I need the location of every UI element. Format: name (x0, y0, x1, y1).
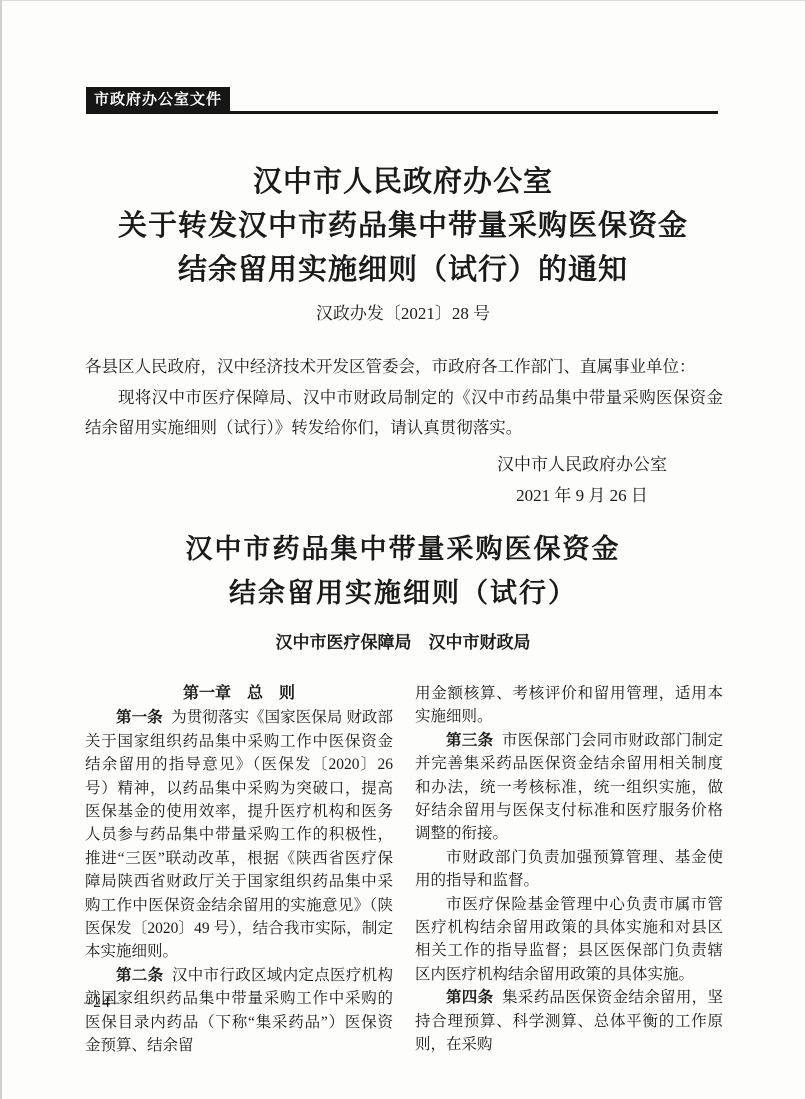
notice-body: 各县区人民政府，汉中经济技术开发区管委会，市政府各工作部门、直属事业单位： 现将… (85, 352, 723, 444)
signature-org: 汉中市人民政府办公室 (444, 449, 720, 480)
article-paragraph: 第三条市医保部门会同市财政部门制定并完善集采药品医保资金结余留用相关制度和办法，… (415, 729, 723, 846)
article-paragraph: 第二条汉中市行政区域内定点医疗机构就国家组织药品集中带量采购工作中采购的医保目录… (85, 964, 393, 1058)
document-page: 市政府办公室文件 汉中市人民政府办公室 关于转发汉中市药品集中带量采购医保资金 … (0, 0, 805, 1099)
body-paragraph: 市医疗保险基金管理中心负责市属市管医疗机构结余留用政策的具体实施和对县区相关工作… (415, 893, 723, 987)
header-tab-label: 市政府办公室文件 (86, 87, 230, 111)
article-paragraph: 第一条为贯彻落实《国家医保局 财政部关于国家组织药品集中采购工作中医保资金结余留… (85, 706, 393, 963)
regulation-column-left: 第一章 总 则第一条为贯彻落实《国家医保局 财政部关于国家组织药品集中采购工作中… (85, 682, 393, 1058)
regulation-column-right: 用金额核算、考核评价和留用管理，适用本实施细则。第三条市医保部门会同市财政部门制… (415, 682, 723, 1058)
notice-salutation: 各县区人民政府，汉中经济技术开发区管委会，市政府各工作部门、直属事业单位： (85, 352, 723, 383)
article-number: 第四条 (446, 989, 493, 1006)
chapter-heading: 第一章 总 则 (85, 682, 393, 705)
article-number: 第二条 (116, 967, 163, 984)
document-header-rule: 市政府办公室文件 (86, 84, 718, 114)
regulation-body: 第一章 总 则第一条为贯彻落实《国家医保局 财政部关于国家组织药品集中采购工作中… (85, 682, 723, 1058)
notice-body-paragraph: 现将汉中市医疗保障局、汉中市财政局制定的《汉中市药品集中带量采购医保资金结余留用… (85, 383, 723, 444)
article-number: 第一条 (116, 709, 163, 726)
regulation-title-line-2: 结余留用实施细则（试行） (83, 571, 723, 615)
notice-title-line-3: 结余留用实施细则（试行）的通知 (83, 248, 723, 292)
regulation-title-line-1: 汉中市药品集中带量采购医保资金 (83, 527, 723, 571)
article-number: 第三条 (446, 732, 493, 749)
signature-date: 2021 年 9 月 26 日 (444, 480, 720, 511)
document-number: 汉政办发〔2021〕28 号 (83, 299, 723, 324)
body-paragraph: 市财政部门负责加强预算管理、基金使用的指导和监督。 (415, 846, 723, 893)
notice-title-line-1: 汉中市人民政府办公室 (83, 160, 723, 204)
regulation-authors: 汉中市医疗保障局 汉中市财政局 (83, 628, 723, 653)
regulation-title: 汉中市药品集中带量采购医保资金 结余留用实施细则（试行） (83, 527, 723, 615)
page-number: –24– (84, 994, 120, 1012)
notice-title-line-2: 关于转发汉中市药品集中带量采购医保资金 (83, 204, 723, 248)
signature-block: 汉中市人民政府办公室 2021 年 9 月 26 日 (444, 449, 720, 511)
body-paragraph: 用金额核算、考核评价和留用管理，适用本实施细则。 (415, 682, 723, 729)
article-paragraph: 第四条集采药品医保资金结余留用，坚持合理预算、科学测算、总体平衡的工作原则，在采… (415, 986, 723, 1056)
notice-title: 汉中市人民政府办公室 关于转发汉中市药品集中带量采购医保资金 结余留用实施细则（… (83, 160, 723, 292)
